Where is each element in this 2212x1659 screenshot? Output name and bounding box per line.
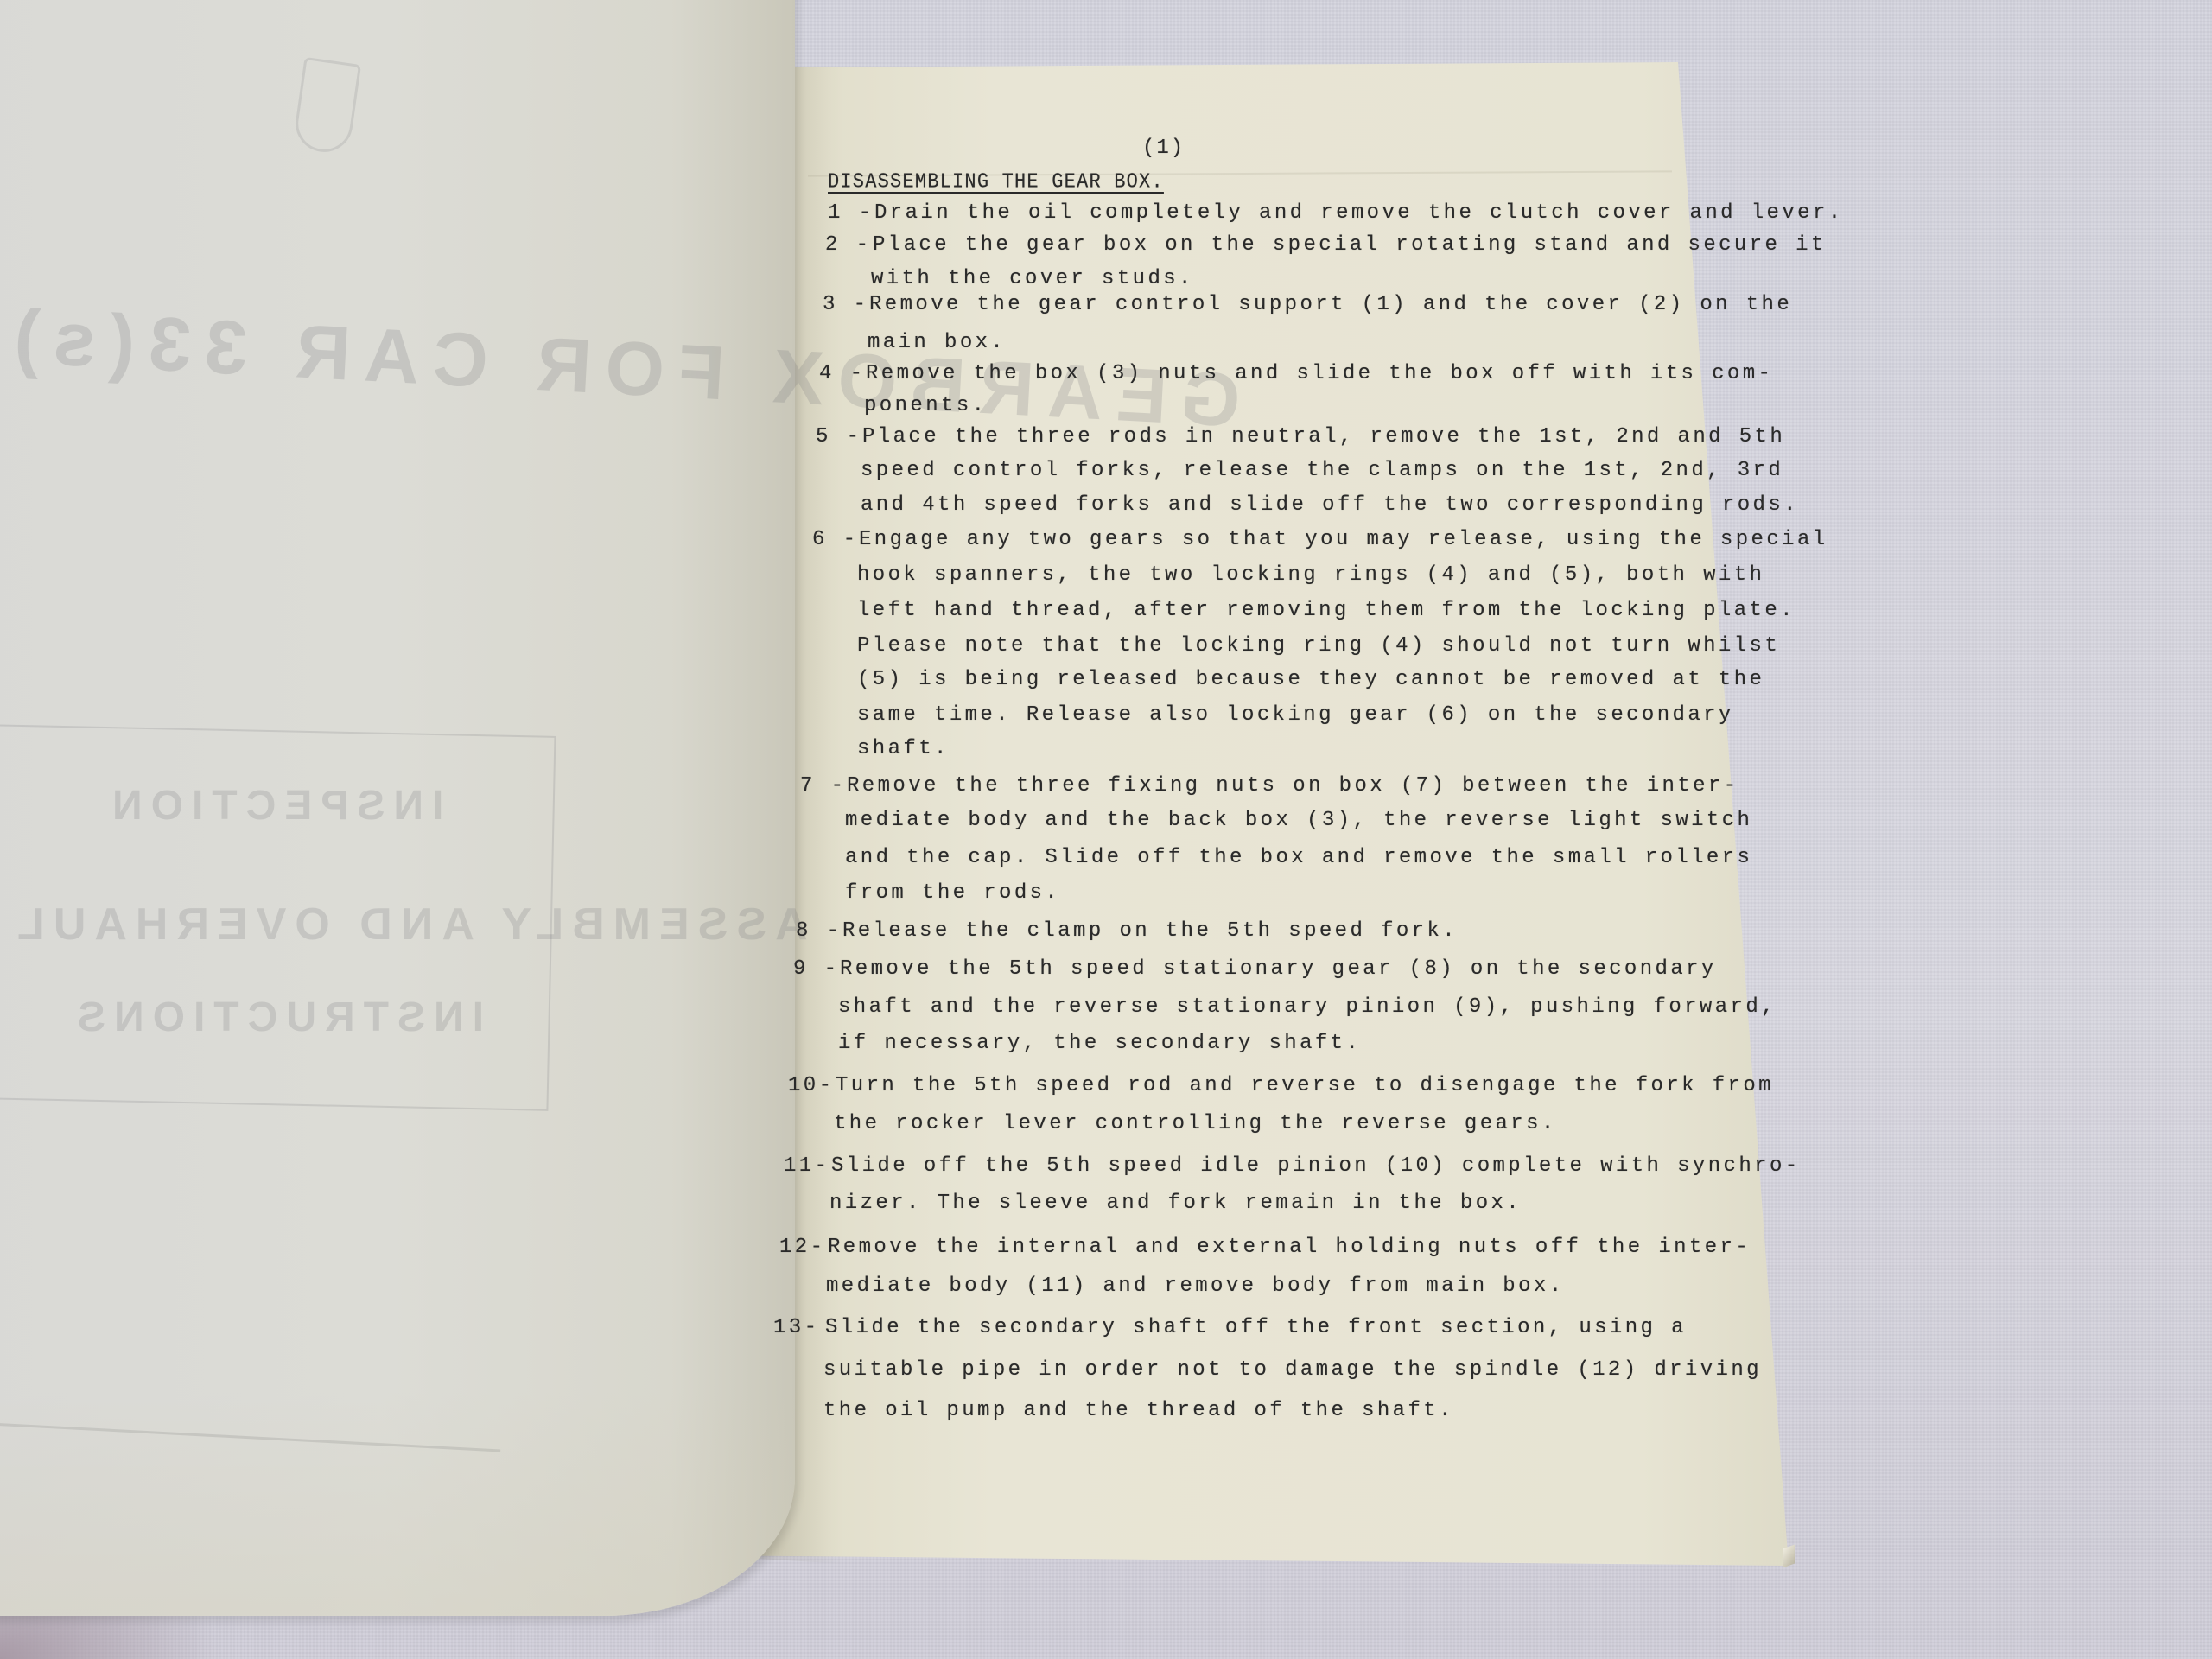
step-text-line: Please note that the locking ring (4) sh… xyxy=(857,636,1780,657)
step-text-line: Engage any two gears so that you may rel… xyxy=(859,530,1828,550)
step-text-line: Remove the 5th speed stationary gear (8)… xyxy=(840,959,1717,980)
step-number: 2 - xyxy=(825,235,871,256)
step-number: 10- xyxy=(788,1076,834,1096)
page-number: (1) xyxy=(1142,138,1185,159)
step-text-line: mediate body and the back box (3), the r… xyxy=(845,810,1752,831)
step-text-line: Remove the three fixing nuts on box (7) … xyxy=(847,776,1739,797)
step-text-line: and 4th speed forks and slide off the tw… xyxy=(861,495,1799,516)
step-text-line: Slide off the 5th speed idle pinion (10)… xyxy=(831,1156,1801,1177)
step-number: 1 - xyxy=(828,203,874,224)
step-text-line: mediate body (11) and remove body from m… xyxy=(826,1276,1565,1297)
step-number: 5 - xyxy=(816,427,861,448)
page-curl xyxy=(0,1391,795,1616)
step-text-line: Remove the internal and external holding… xyxy=(828,1237,1751,1258)
step-text-line: from the rods. xyxy=(845,883,1060,904)
step-text-line: the rocker lever controlling the reverse… xyxy=(834,1114,1557,1135)
step-number: 12- xyxy=(779,1237,825,1258)
step-number: 4 - xyxy=(819,364,865,385)
step-number: 13- xyxy=(773,1318,819,1338)
step-text-line: Remove the box (3) nuts and slide the bo… xyxy=(866,364,1773,385)
step-text-line: suitable pipe in order not to damage the… xyxy=(823,1360,1762,1381)
step-text-line: nizer. The sleeve and fork remain in the… xyxy=(829,1193,1522,1214)
step-text-line: same time. Release also locking gear (6)… xyxy=(857,705,1734,726)
step-text-line: Slide the secondary shaft off the front … xyxy=(825,1318,1687,1338)
step-text-line: main box. xyxy=(868,333,1006,353)
step-text-line: hook spanners, the two locking rings (4)… xyxy=(857,565,1764,586)
step-text-line: speed control forks, release the clamps … xyxy=(861,461,1783,481)
step-text-line: shaft. xyxy=(857,739,950,760)
left-page: GEARBOX FOR CAR 33(s) INSPECTION ASSEMBL… xyxy=(0,0,795,1616)
step-text-line: Place the three rods in neutral, remove … xyxy=(862,427,1785,448)
step-text-line: Turn the 5th speed rod and reverse to di… xyxy=(836,1076,1774,1096)
section-heading: DISASSEMBLING THE GEAR BOX. xyxy=(828,172,1164,193)
step-text-line: Place the gear box on the special rotati… xyxy=(873,235,1827,256)
step-number: 7 - xyxy=(800,776,846,797)
step-text-line: the oil pump and the thread of the shaft… xyxy=(823,1401,1454,1421)
step-text-line: Remove the gear control support (1) and … xyxy=(869,295,1792,315)
step-number: 11- xyxy=(784,1156,829,1177)
step-text-line: Release the clamp on the 5th speed fork. xyxy=(842,921,1458,942)
step-number: 8 - xyxy=(796,921,842,942)
step-text-line: shaft and the reverse stationary pinion … xyxy=(838,997,1777,1018)
step-text-line: if necessary, the secondary shaft. xyxy=(838,1033,1361,1054)
showthrough-line: INSPECTION xyxy=(104,782,443,829)
showthrough-logo-icon xyxy=(292,57,361,156)
step-text-line: (5) is being released because they canno… xyxy=(857,670,1764,690)
step-text-line: Drain the oil completely and remove the … xyxy=(874,203,1844,224)
step-text-line: with the cover studs. xyxy=(871,269,1194,289)
showthrough-line: INSTRUCTIONS xyxy=(69,994,484,1041)
step-text-line: left hand thread, after removing them fr… xyxy=(857,601,1796,621)
step-number: 9 - xyxy=(793,959,839,980)
step-number: 6 - xyxy=(812,530,858,550)
showthrough-line: ASSEMBLY AND OVERHAUL xyxy=(9,899,808,950)
step-text-line: and the cap. Slide off the box and remov… xyxy=(845,848,1752,868)
step-number: 3 - xyxy=(823,295,868,315)
step-text-line: ponents. xyxy=(864,396,987,416)
